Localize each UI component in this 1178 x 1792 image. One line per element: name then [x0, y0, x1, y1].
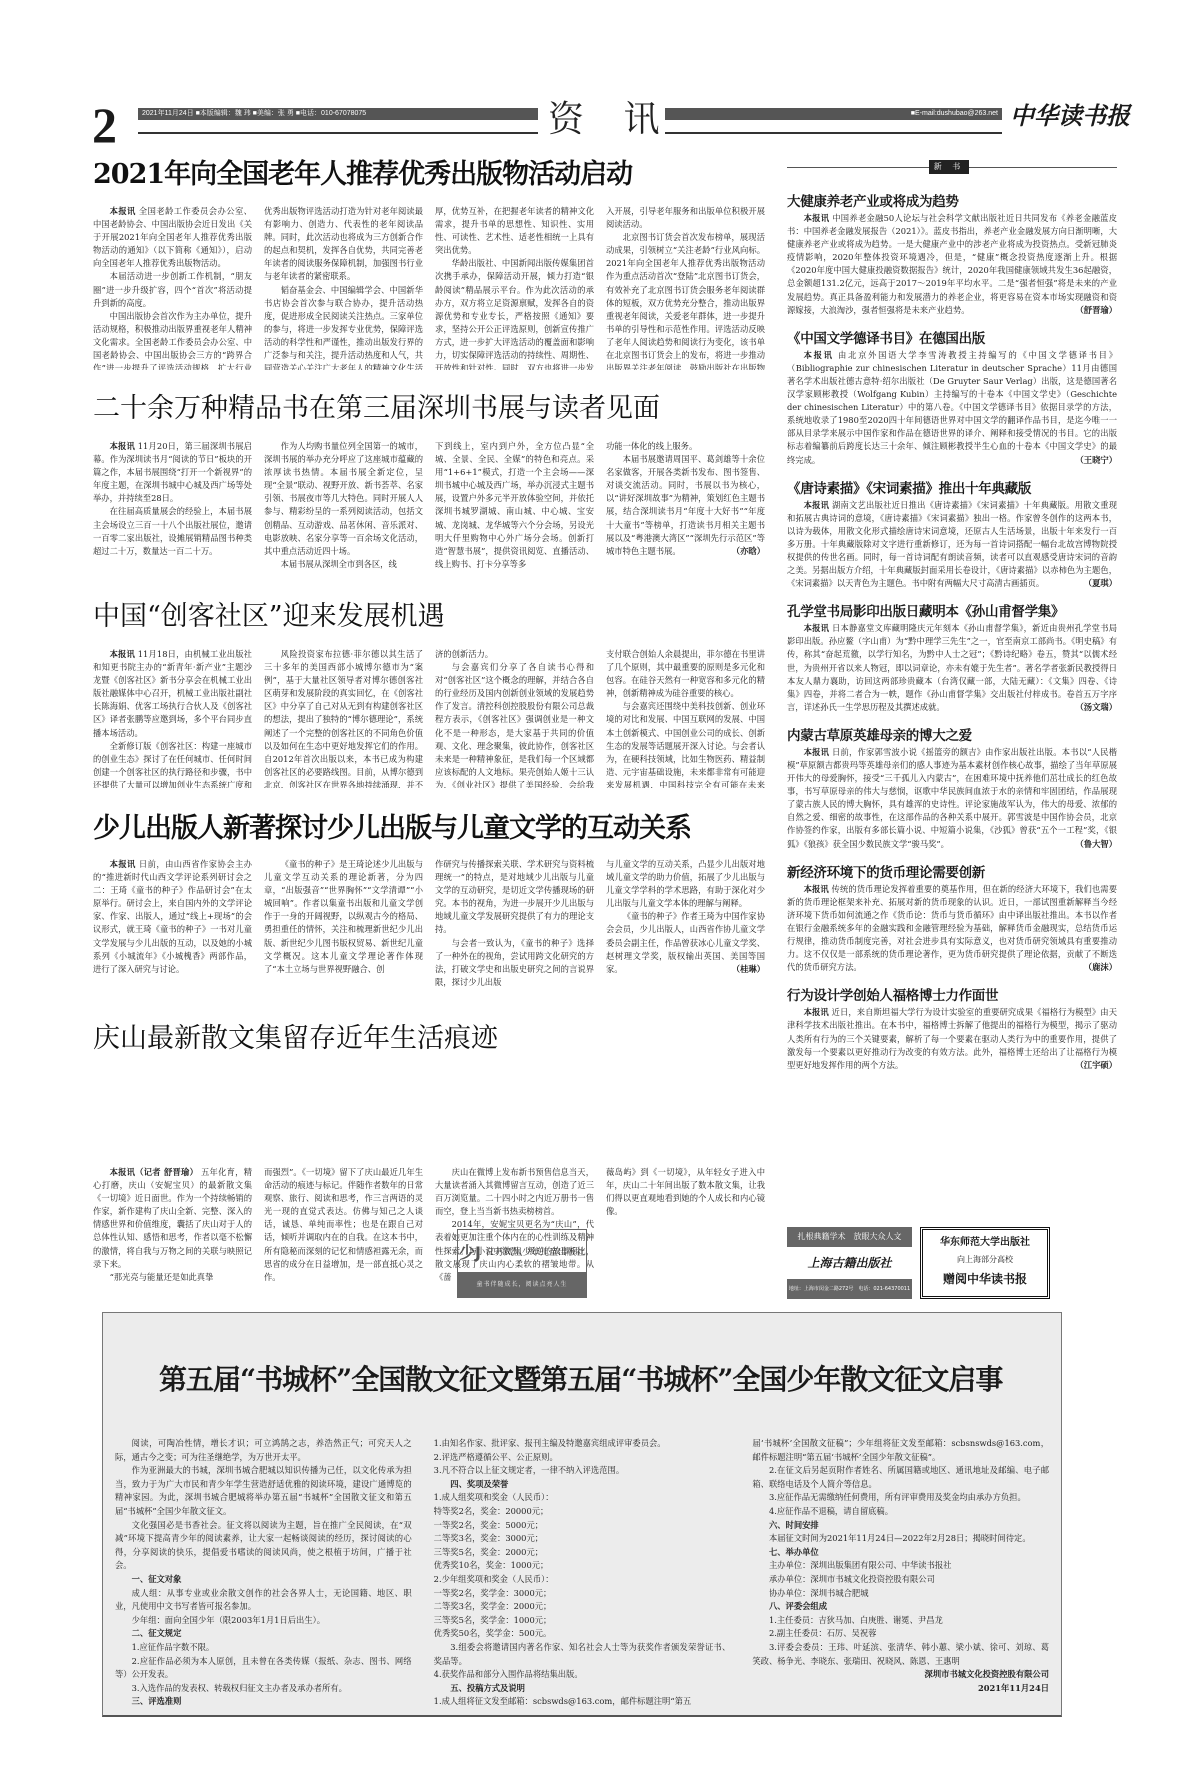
article-column: 风险投资家布拉德·菲尔德以其生活了三十多年的美国西部小城博尔德市为“案例”，基于…	[264, 648, 423, 788]
new-book-item: 新经济环境下的货币理论需要创新本报讯 传统的货币理论发挥着重要的奠基作用，但在新…	[787, 861, 1117, 975]
paragraph: 优秀出版物评选活动打造为针对老年阅读最有影响力、创造力、代表性的老年阅读品牌。同…	[264, 205, 423, 284]
paragraph: 2.副主任委员：石厉、吴祝蓉	[752, 1627, 1049, 1641]
masthead-rule-left	[138, 132, 538, 134]
paragraph: 4.应征作品不退稿，请自留底稿。	[752, 1505, 1049, 1519]
paragraph-text: 日本静嘉堂文库藏明隆庆元年刻本《孙山甫督学集》，新近由贵州孔学堂书局影印出版。孙…	[787, 623, 1117, 712]
paragraph-text: 4.应征作品不退稿，请自留底稿。	[769, 1506, 893, 1516]
paragraph-text: 二等奖3名，奖学金：2000元；	[434, 1601, 552, 1611]
notice-column: 阅读，可陶冶性情，增长才识；可立鸿鹄之志，养浩然正气；可究天人之际，通古今之变；…	[115, 1437, 412, 1709]
new-book-title: 行为设计学创始人福格博士力作面世	[787, 984, 1117, 1004]
paragraph-text: 一等奖2名，奖学金：3000元；	[434, 1588, 552, 1598]
paragraph: 本届书展从深圳全市到各区，线	[264, 558, 423, 571]
paragraph-text: 功能一体化的线上服务。	[606, 441, 697, 451]
paragraph-text: 11月18日，由机械工业出版社和知更书院主办的“新青年·新产业”主题沙龙暨《创客…	[93, 649, 252, 738]
paragraph-text: 2.在征文后另起页附作者姓名、所属国籍或地区、通讯地址及邮编、电子邮箱、联络电话…	[752, 1465, 1049, 1489]
section-heading: 七、举办单位	[752, 1546, 1049, 1560]
section-heading: 五、投稿方式及说明	[434, 1682, 731, 1696]
new-book-item: 《中国文学德译书目》在德国出版本报讯 由北京外国语大学李雪涛教授主持编写的《中国…	[787, 327, 1117, 467]
article-column: 本报讯 全国老龄工作委员会办公室、中国老龄协会、中国出版协会近日发出《关于开展2…	[93, 205, 252, 370]
paragraph: 庆山在微博上发布新书预售信息当天，大量读者涌入其微博留言互动，创造了近三百万浏览…	[435, 1166, 594, 1218]
lead-label: 本报讯	[110, 859, 136, 869]
paragraph: 协办单位：深圳书城合肥城	[752, 1587, 1049, 1601]
new-book-item: 内蒙古草原英雄母亲的博大之爱本报讯 日前，作家郭雪波小说《摇篮旁的额吉》由作家出…	[787, 724, 1117, 851]
paragraph-text: 承办单位：深圳市书城文化投资控股有限公司	[769, 1574, 935, 1584]
paragraph-text: 庆山在微博上发布新书预售信息当天，大量读者涌入其微博留言互动，创造了近三百万浏览…	[435, 1167, 594, 1216]
article-body: 本报讯 日前，由山西省作家协会主办的“推进新时代山西文学评论系列研讨会之二：王琦…	[93, 858, 765, 998]
lead-label: 本报讯	[804, 213, 830, 223]
paragraph-text: 三等奖5名，奖金：2000元；	[434, 1547, 543, 1557]
publisher-logo-icon: 少J	[459, 1240, 481, 1263]
paragraph-text: 协办单位：深圳书城合肥城	[769, 1588, 869, 1598]
paragraph: 《童书的种子》是王琦论述少儿出版与儿童文学互动关系的理论新著，分为四章，“出版强…	[264, 858, 423, 976]
article-title: 庆山最新散文集留存近年生活痕迹	[93, 1016, 498, 1055]
paragraph-text: 优秀出版物评选活动打造为针对老年阅读最有影响力、创造力、代表性的老年阅读品牌。同…	[264, 206, 423, 281]
section-heading: 三、评选准则	[115, 1695, 412, 1709]
article-column: 厚，优势互补，在把握老年读者的精神文化需求，提升书单的思想性、知识性、实用性、可…	[435, 205, 594, 370]
paragraph: 三等奖5名，奖学金：1000元；	[434, 1614, 731, 1628]
paragraph: 《童书的种子》作者王琦为中国作家协会会员，少儿出版人，山西省作协儿童文学委员会副…	[606, 910, 765, 975]
byline: （亦晗）	[715, 545, 765, 558]
paragraph-text: 2.应征作品必须为本人原创，且未曾在各类传媒（报纸、杂志、图书、网络等）公开发表…	[115, 1656, 412, 1680]
ad-jiangsu-name: 江苏凤凰少年儿童出版社	[486, 1245, 585, 1258]
paragraph-text: 七、举办单位	[769, 1547, 819, 1557]
paragraph: 文化强国必是书香社会。征文将以阅读为主题，旨在推广全民阅读，在“双减”环境下提高…	[115, 1519, 412, 1573]
article-column: 《童书的种子》是王琦论述少儿出版与儿童文学互动关系的理论新著，分为四章，“出版强…	[264, 858, 423, 998]
paragraph: 入开展，引导老年服务和出版单位积极开展阅读活动。	[606, 205, 765, 231]
paragraph: 二等奖3名，奖学金：2000元；	[434, 1600, 731, 1614]
article-column: 作为人均购书量位列全国第一的城市，深圳书展的举办充分呼应了这座城市蕴藏的浓厚读书…	[264, 440, 423, 578]
ad-shanghai-name: 上海古籍出版社	[787, 1247, 912, 1279]
article-column: 下到线上，室内到户外，全方位凸显“全城、全景、全民、全媒”的特色和亮点。采用“1…	[435, 440, 594, 578]
paragraph: 2.少年组奖项和奖金（人民币）：	[434, 1573, 731, 1587]
paragraph: 中国出版协会首次作为主办单位，提升活动规格，积极推动出版界重视老年人精神文化需求…	[93, 310, 252, 370]
paragraph-text: 与会者一致认为，《童书的种子》选择了一种外在的视角，尝试用跨文化研究的方法，打破…	[435, 938, 594, 987]
article-body: 本报讯 11月20日，第三届深圳书展启幕。作为深圳读书月“阅读的节日”板块的开篇…	[93, 440, 765, 578]
article-title: 二十余万种精品书在第三届深圳书展与读者见面	[93, 386, 660, 425]
paragraph-text: 3.应征作品无需缴纳任何费用，所有评审费用及奖金均由承办方负担。	[769, 1492, 1026, 1502]
paragraph-text: 届‘书城杯’全国散文征稿”；少年组将征文发至邮箱：scbsnswds@163.c…	[752, 1438, 1049, 1462]
paragraph-text: 本届征文时间为2021年11月24日—2022年2月28日；揭晓时间待定。	[769, 1533, 1031, 1543]
paragraph-text: 1.主任委员：吉狄马加、白庚胜、谢冕、尹昌龙	[769, 1615, 943, 1625]
paragraph: 本报讯 日前，作家郭雪波小说《摇篮旁的额吉》由作家出版社出版。本书以“人民楷模”…	[787, 746, 1117, 851]
paragraph-text: 3.凡不符合以上征文规定者，一律不纳入评选范围。	[434, 1465, 624, 1475]
paragraph: 1.应征作品字数不限。	[115, 1641, 412, 1655]
paragraph: 主办单位：深圳出版集团有限公司、中华读书报社	[752, 1559, 1049, 1573]
article-column: 入开展，引导老年服务和出版单位积极开展阅读活动。北京图书订货会首次发布榜单，展现…	[606, 205, 765, 370]
paragraph-text: 八、评委会组成	[769, 1601, 827, 1611]
paragraph-text: 中国出版协会首次作为主办单位，提升活动规格，积极推动出版界重视老年人精神文化需求…	[93, 311, 252, 370]
notice-signature: 深圳市书城文化投资控股有限公司	[752, 1668, 1049, 1682]
paragraph-text: 特等奖2名，奖金：20000元；	[434, 1506, 549, 1516]
paragraph: 2.评选严格遵循公平、公正原则。	[434, 1451, 731, 1465]
ad-ecnu-sub: 向上海部分高校	[923, 1252, 1047, 1268]
lead-label: 本报讯	[804, 500, 830, 510]
paragraph-text: 与会嘉宾还围绕中美科技创新、创业环境的对比和发展、中国互联网的发展、中国本土创新…	[606, 701, 765, 788]
notice-column: 1.由知名作家、批评家、报刊主编及特邀嘉宾组成评审委员会。2.评选严格遵循公平、…	[434, 1437, 731, 1709]
paragraph: 一等奖2名，奖学金：3000元；	[434, 1587, 731, 1601]
paragraph: 本报讯 11月18日，由机械工业出版社和知更书院主办的“新青年·新产业”主题沙龙…	[93, 648, 252, 740]
paragraph-text: 三等奖5名，奖学金：1000元；	[434, 1615, 552, 1625]
paragraph: 而强烈”。《一切境》留下了庆山最近几年生命活动的痕迹与标记。伴随作者数年的日常观…	[264, 1166, 423, 1284]
lead-label: 本报讯	[110, 206, 136, 216]
lead-label: 本报讯	[804, 884, 829, 894]
paragraph: 4.获奖作品和部分入围作品将结集出版。	[434, 1668, 731, 1682]
paragraph: “那光亮与能量还是如此真挚	[93, 1271, 252, 1284]
paragraph-text: 作为人均购书量位列全国第一的城市，深圳书展的举办充分呼应了这座城市蕴藏的浓厚读书…	[264, 441, 423, 556]
section-heading: 四、奖项及荣誉	[434, 1478, 731, 1492]
article-column: 薇岛屿》到《一切境》，从年轻女子进入中年，庆山二十年间出版了数本散文集，让我们得…	[606, 1166, 765, 1311]
section-heading: 一、征文对象	[115, 1573, 412, 1587]
paragraph-text: 作研究与传播探索关联、学术研究与资料梳理统一”的特点，是对地域少儿出版与儿童文学…	[435, 859, 594, 934]
paragraph: 本届征文时间为2021年11月24日—2022年2月28日；揭晓时间待定。	[752, 1532, 1049, 1546]
paragraph-text: 中国养老金融50人论坛与社会科学文献出版社近日共同发布《养老金融蓝皮书：中国养老…	[787, 213, 1117, 315]
notice-title: 第五届“书城杯”全国散文征文暨第五届“书城杯”全国少年散文征文启事	[159, 1358, 1002, 1398]
lead-label: 本报讯	[804, 1007, 829, 1017]
paragraph-text: “那光亮与能量还是如此真挚	[110, 1272, 214, 1282]
lead-label: 本报讯	[110, 649, 135, 659]
paragraph: 作研究与传播探索关联、学术研究与资料梳理统一”的特点，是对地域少儿出版与儿童文学…	[435, 858, 594, 937]
paragraph: 1.成人组奖项和奖金（人民币）：	[434, 1491, 731, 1505]
paragraph: 成人组：从事专业或业余散文创作的社会各界人士，无论国籍、地区、职业，凡使用中文书…	[115, 1587, 412, 1614]
paragraph: 承办单位：深圳市书城文化投资控股有限公司	[752, 1573, 1049, 1587]
paragraph-text: 北京图书订货会首次发布榜单，展现活动成果，引领树立“关注老龄”行业风向标。202…	[606, 232, 765, 370]
paragraph: 二等奖3名，奖金：3000元；	[434, 1532, 731, 1546]
paragraph-text: 风险投资家布拉德·菲尔德以其生活了三十多年的美国西部小城博尔德市为“案例”，基于…	[264, 649, 423, 788]
sidebar-tag: 新 书	[929, 160, 969, 174]
paragraph: 本报讯 11月20日，第三届深圳书展启幕。作为深圳读书月“阅读的节日”板块的开篇…	[93, 440, 252, 505]
article-column: 功能一体化的线上服务。本届书展邀请周国平、葛剑雄等十余位名家做客，开展各类新书发…	[606, 440, 765, 578]
ad-jiangsu-slogan: 童书伴随成长，阅读点亮人生	[458, 1272, 586, 1298]
article-column: 支付联合创始人余晨提出，菲尔德在书里讲了几个原则，其中最重要的原则是多元化和包容…	[606, 648, 765, 788]
byline: （舒晋瑜）	[1059, 304, 1117, 317]
paragraph: 本届活动进一步创新工作机制，“朋友圈”进一步升级扩容，四个“首次”将活动提升到新…	[93, 270, 252, 309]
paragraph: 1.成人组将征文发至邮箱：scbswds@163.com，邮件标题注明“第五	[434, 1695, 731, 1709]
paragraph: 本报讯 由北京外国语大学李雪涛教授主持编写的《中国文学德译书目》（Bibliog…	[787, 349, 1117, 467]
paragraph: 3.入选作品的发表权、转载权归征文主办者及承办者所有。	[115, 1682, 412, 1696]
article-column: 本报讯 11月20日，第三届深圳书展启幕。作为深圳读书月“阅读的节日”板块的开篇…	[93, 440, 252, 578]
paragraph: 少年组：面向全国少年（限2003年1月1日后出生）。	[115, 1614, 412, 1628]
ad-shanghai-slogan: 扎根典籍学术 放眼大众人文	[787, 1227, 912, 1247]
article-body: 本报讯 11月18日，由机械工业出版社和知更书院主办的“新青年·新产业”主题沙龙…	[93, 648, 765, 788]
byline: （鲁大智）	[1059, 838, 1117, 851]
paragraph: 三等奖5名，奖金：2000元；	[434, 1546, 731, 1560]
paragraph-text: 4.获奖作品和部分入围作品将结集出版。	[434, 1669, 583, 1679]
section-heading: 六、时间安排	[752, 1519, 1049, 1533]
paragraph-text: 济的创新活力。	[435, 649, 493, 659]
article-body: 本报讯（记者 舒晋瑜） 五年化育，精心打磨，庆山（安妮宝贝）的最新散文集《一切境…	[93, 1166, 765, 1311]
notice-column: 届‘书城杯’全国散文征稿”；少年组将征文发至邮箱：scbsnswds@163.c…	[752, 1437, 1049, 1709]
paragraph: 全新修订版《创客社区：构建一座城市的创业生态》探讨了在任何城市、任何时间创建一个…	[93, 740, 252, 788]
lead-label: 本报讯	[804, 350, 834, 360]
section-title: 资 讯	[548, 96, 673, 144]
paragraph: 本报讯 近日，来自斯坦福大学行为设计实验室的重要研究成果《福格行为模型》由天津科…	[787, 1006, 1117, 1071]
paragraph-text: 厚，优势互补，在把握老年读者的精神文化需求，提升书单的思想性、知识性、实用性、可…	[435, 206, 594, 255]
byline: （鹿沫）	[1067, 961, 1117, 974]
paragraph: 济的创新活力。	[435, 648, 594, 661]
ad-ecnu-gift: 赠阅中华读书报	[923, 1268, 1047, 1290]
new-book-title: 孔学堂书局影印出版日藏明本《孙山甫督学集》	[787, 600, 1117, 620]
article-body: 本报讯 全国老龄工作委员会办公室、中国老龄协会、中国出版协会近日发出《关于开展2…	[93, 205, 765, 370]
new-book-title: 新经济环境下的货币理论需要创新	[787, 861, 1117, 881]
paragraph: 本报讯 湖南文艺出版社近日推出《唐诗素描》《宋词素描》十年典藏版。用散文重现和拓…	[787, 499, 1117, 591]
article-column: 而强烈”。《一切境》留下了庆山最近几年生命活动的痕迹与标记。伴随作者数年的日常观…	[264, 1166, 423, 1311]
paragraph: 本报讯（记者 舒晋瑜） 五年化育，精心打磨，庆山（安妮宝贝）的最新散文集《一切境…	[93, 1166, 252, 1271]
paragraph: 本报讯 全国老龄工作委员会办公室、中国老龄协会、中国出版协会近日发出《关于开展2…	[93, 205, 252, 270]
paragraph-text: 日前，作家郭雪波小说《摇篮旁的额吉》由作家出版社出版。本书以“人民楷模”草原额吉…	[787, 747, 1117, 849]
article-title: 2021年向全国老年人推荐优秀出版物活动启动	[93, 152, 632, 191]
paragraph-text: 日前，由山西省作家协会主办的“推进新时代山西文学评论系列研讨会之二：王琦《童书的…	[93, 859, 252, 974]
byline: （汤文瑞）	[1059, 701, 1117, 714]
new-book-item: 大健康养老产业或将成为趋势本报讯 中国养老金融50人论坛与社会科学文献出版社近日…	[787, 190, 1117, 317]
page-number: 2	[92, 100, 117, 150]
lead-label: 本报讯	[804, 747, 830, 757]
article-column: 本报讯 11月18日，由机械工业出版社和知更书院主办的“新青年·新产业”主题沙龙…	[93, 648, 252, 788]
paragraph-text: 优秀奖50名，奖学金：500元。	[434, 1628, 552, 1638]
essay-contest-notice: 第五届“书城杯”全国散文征文暨第五届“书城杯”全国少年散文征文启事 阅读，可陶冶…	[102, 1312, 1062, 1717]
paragraph-text: 二、征文规定	[132, 1628, 182, 1638]
paragraph-text: 1.由知名作家、批评家、报刊主编及特邀嘉宾组成评审委员会。	[434, 1438, 666, 1448]
paragraph-text: 下到线上，室内到户外，全方位凸显“全城、全景、全民、全媒”的特色和亮点。采用“1…	[435, 441, 594, 569]
ad-shanghai-guji[interactable]: 扎根典籍学术 放眼大众人文 上海古籍出版社 地址：上海市闵金二路272号 电话：…	[787, 1227, 912, 1299]
paragraph: 风险投资家布拉德·菲尔德以其生活了三十多年的美国西部小城博尔德市为“案例”，基于…	[264, 648, 423, 788]
paragraph-text: 支付联合创始人余晨提出，菲尔德在书里讲了几个原则，其中最重要的原则是多元化和包容…	[606, 649, 765, 698]
paragraph-text: 五、投稿方式及说明	[450, 1683, 525, 1693]
paragraph: 优秀奖50名，奖学金：500元。	[434, 1627, 731, 1641]
paragraph-text: 全新修订版《创客社区：构建一座城市的创业生态》探讨了在任何城市、任何时间创建一个…	[93, 741, 252, 788]
lead-label: 本报讯	[804, 623, 830, 633]
paragraph: 一等奖2名，奖金：5000元；	[434, 1519, 731, 1533]
paragraph-text: 2.少年组奖项和奖金（人民币）：	[434, 1574, 554, 1584]
byline: （夏琪）	[1067, 577, 1117, 590]
article-column: 本报讯 日前，由山西省作家协会主办的“推进新时代山西文学评论系列研讨会之二：王琦…	[93, 858, 252, 998]
paragraph: 华龄出版社、中国新闻出版传媒集团首次携手承办，保障活动开展，倾力打造“银龄阅读”…	[435, 257, 594, 370]
paragraph: 1.由知名作家、批评家、报刊主编及特邀嘉宾组成评审委员会。	[434, 1437, 731, 1451]
paragraph-text: 1.应征作品字数不限。	[132, 1642, 215, 1652]
paragraph: 特等奖2名，奖金：20000元；	[434, 1505, 731, 1519]
paragraph: 与儿童文学的互动关系，凸显少儿出版对地域儿童文学的助力价值，拓展了少儿出版与儿童…	[606, 858, 765, 910]
article-title: 少儿出版人新著探讨少儿出版与儿童文学的互动关系	[93, 806, 691, 845]
paragraph-text: 薇岛屿》到《一切境》，从年轻女子进入中年，庆山二十年间出版了数本散文集，让我们得…	[606, 1167, 765, 1216]
paragraph-text: 湖南文艺出版社近日推出《唐诗素描》《宋词素描》十年典藏版。用散文重现和拓展古典诗…	[787, 500, 1117, 589]
paragraph: 作为亚洲最大的书城，深圳书城合肥城以知识传播为己任，以文化传承为担当，致力于为广…	[115, 1464, 412, 1518]
paragraph: 厚，优势互补，在把握老年读者的精神文化需求，提升书单的思想性、知识性、实用性、可…	[435, 205, 594, 257]
new-book-title: 《唐诗素描》《宋词素描》推出十年典藏版	[787, 477, 1117, 497]
paragraph-text: 由北京外国语大学李雪涛教授主持编写的《中国文学德译书目》（Bibliograph…	[787, 350, 1117, 465]
lead-label: 本报讯	[110, 441, 135, 451]
ad-jiangsu-publisher[interactable]: 少J 江苏凤凰少年儿童出版社 童书伴随成长，阅读点亮人生	[457, 1229, 587, 1298]
paragraph-text: 3.组委会将邀请国内著名作家、知名社会人士等为获奖作者颁发荣誉证书、奖品等。	[434, 1642, 731, 1666]
paragraph-text: 作为亚洲最大的书城，深圳书城合肥城以知识传播为己任，以文化传承为担当，致力于为广…	[115, 1465, 412, 1516]
paragraph: 功能一体化的线上服务。	[606, 440, 765, 453]
paragraph: 支付联合创始人余晨提出，菲尔德在书里讲了几个原则，其中最重要的原则是多元化和包容…	[606, 648, 765, 700]
paragraph: 薇岛屿》到《一切境》，从年轻女子进入中年，庆山二十年间出版了数本散文集，让我们得…	[606, 1166, 765, 1218]
paragraph-text: 韬奋基金会、中国编辑学会、中国新华书店协会首次参与联合协办，提升活动热度，促进形…	[264, 285, 423, 370]
article-column: 与儿童文学的互动关系，凸显少儿出版对地域儿童文学的助力价值，拓展了少儿出版与儿童…	[606, 858, 765, 998]
paragraph-text: 二等奖3名，奖金：3000元；	[434, 1533, 543, 1543]
new-book-title: 内蒙古草原英雄母亲的博大之爱	[787, 724, 1117, 744]
paragraph: 3.凡不符合以上征文规定者，一律不纳入评选范围。	[434, 1464, 731, 1478]
paragraph: 北京图书订货会首次发布榜单，展现活动成果，引领树立“关注老龄”行业风向标。202…	[606, 231, 765, 370]
notice-date: 2021年11月24日	[752, 1682, 1049, 1696]
paragraph-text: 本届书展从深圳全市到各区，线	[281, 559, 397, 569]
article-title: 中国“创客社区”迎来发展机遇	[93, 594, 445, 633]
ad-ecnu-press[interactable]: 华东师范大学出版社 向上海部分高校 赠阅中华读书报	[920, 1227, 1050, 1299]
masthead-info: 2021年11月24日 ■本版编辑：魏 玮 ■美编：张 勇 ■电话：010-67…	[138, 108, 538, 120]
section-heading: 二、征文规定	[115, 1627, 412, 1641]
article-column: 作研究与传播探索关联、学术研究与资料梳理统一”的特点，是对地域少儿出版与儿童文学…	[435, 858, 594, 998]
paragraph-text: 文化强国必是书香社会。征文将以阅读为主题，旨在推广全民阅读，在“双减”环境下提高…	[115, 1520, 412, 1571]
paragraph-text: 三、评选准则	[132, 1696, 182, 1706]
paragraph-text: 2.评选严格遵循公平、公正原则。	[434, 1452, 558, 1462]
byline: （桂琳）	[715, 963, 765, 976]
paragraph: 届‘书城杯’全国散文征稿”；少年组将征文发至邮箱：scbsnswds@163.c…	[752, 1437, 1049, 1464]
article-column: 本报讯（记者 舒晋瑜） 五年化育，精心打磨，庆山（安妮宝贝）的最新散文集《一切境…	[93, 1166, 252, 1311]
ad-ecnu-name: 华东师范大学出版社	[923, 1234, 1047, 1252]
paragraph-text: 华龄出版社、中国新闻出版传媒集团首次携手承办，保障活动开展，倾力打造“银龄阅读”…	[435, 258, 594, 370]
paragraph: 2.应征作品必须为本人原创，且未曾在各类传媒（报纸、杂志、图书、网络等）公开发表…	[115, 1655, 412, 1682]
paragraph: 本报讯 日前，由山西省作家协会主办的“推进新时代山西文学评论系列研讨会之二：王琦…	[93, 858, 252, 976]
masthead-rule-right	[665, 132, 1002, 134]
ad-shanghai-address: 地址：上海市闵金二路272号 电话：021-64370011	[787, 1279, 912, 1299]
paragraph-text: 在往届高质量展会的经验上，本届书展主会场设立三百一十八个出版社展位，邀请一百零二…	[93, 506, 252, 555]
paragraph: 在往届高质量展会的经验上，本届书展主会场设立三百一十八个出版社展位，邀请一百零二…	[93, 505, 252, 557]
paragraph-text: 五年化育，精心打磨，庆山（安妮宝贝）的最新散文集《一切境》近日面世。作为一个持续…	[93, 1167, 252, 1269]
notice-body: 阅读，可陶冶性情，增长才识；可立鸿鹄之志，养浩然正气；可究天人之际，通古今之变；…	[115, 1437, 1049, 1709]
paragraph-text: 一、征文对象	[132, 1574, 182, 1584]
new-books-sidebar: 大健康养老产业或将成为趋势本报讯 中国养老金融50人论坛与社会科学文献出版社近日…	[787, 180, 1117, 1072]
paragraph: 3.组委会将邀请国内著名作家、知名社会人士等为获奖作者颁发荣誉证书、奖品等。	[434, 1641, 731, 1668]
paragraph-text: 一等奖2名，奖金：5000元；	[434, 1520, 543, 1530]
paragraph-text: 2.副主任委员：石厉、吴祝蓉	[769, 1628, 876, 1638]
paragraph-text: 阅读，可陶冶性情，增长才识；可立鸿鹄之志，养浩然正气；可究天人之际，通古今之变；…	[115, 1438, 412, 1462]
ad-jiangsu-top: 少J 江苏凤凰少年儿童出版社	[458, 1230, 586, 1272]
new-book-item: 行为设计学创始人福格博士力作面世本报讯 近日，来自斯坦福大学行为设计实验室的重要…	[787, 984, 1117, 1071]
section-heading: 八、评委会组成	[752, 1600, 1049, 1614]
newspaper-brand: 中华读书报	[1010, 100, 1130, 132]
new-book-title: 大健康养老产业或将成为趋势	[787, 190, 1117, 210]
paragraph: 与会者一致认为，《童书的种子》选择了一种外在的视角，尝试用跨文化研究的方法，打破…	[435, 937, 594, 989]
paragraph-text: 3.评委会委员：王玮、叶延滨、张清华、韩小蕙、梁小斌、徐可、刘琼、葛笑政、杨争光…	[752, 1642, 1049, 1666]
paragraph: 本报讯 中国养老金融50人论坛与社会科学文献出版社近日共同发布《养老金融蓝皮书：…	[787, 212, 1117, 317]
paragraph-text: 本届活动进一步创新工作机制，“朋友圈”进一步升级扩容，四个“首次”将活动提升到新…	[93, 271, 252, 307]
paragraph-text: 而强烈”。《一切境》留下了庆山最近几年生命活动的痕迹与标记。伴随作者数年的日常观…	[264, 1167, 423, 1282]
paragraph: 本报讯 日本静嘉堂文库藏明隆庆元年刻本《孙山甫督学集》，新近由贵州孔学堂书局影印…	[787, 622, 1117, 714]
paragraph: 优秀奖10名，奖金：1000元；	[434, 1559, 731, 1573]
paragraph: 下到线上，室内到户外，全方位凸显“全城、全景、全民、全媒”的特色和亮点。采用“1…	[435, 440, 594, 571]
paragraph-text: 四、奖项及荣誉	[450, 1479, 508, 1489]
paragraph-text: 本届书展邀请周国平、葛剑雄等十余位名家做客，开展各类新书发布、图书签售、对谈交流…	[606, 454, 765, 556]
paragraph: 韬奋基金会、中国编辑学会、中国新华书店协会首次参与联合协办，提升活动热度，促进形…	[264, 284, 423, 370]
paragraph: 3.应征作品无需缴纳任何费用，所有评审费用及奖金均由承办方负担。	[752, 1491, 1049, 1505]
paragraph: 本报讯 传统的货币理论发挥着重要的奠基作用，但在新的经济大环境下，我们也需要新的…	[787, 883, 1117, 975]
paragraph-text: 少年组：面向全国少年（限2003年1月1日后出生）。	[132, 1615, 325, 1625]
paragraph: 阅读，可陶冶性情，增长才识；可立鸿鹄之志，养浩然正气；可究天人之际，通古今之变；…	[115, 1437, 412, 1464]
paragraph: 1.主任委员：吉狄马加、白庚胜、谢冕、尹昌龙	[752, 1614, 1049, 1628]
new-book-item: 孔学堂书局影印出版日藏明本《孙山甫督学集》本报讯 日本静嘉堂文库藏明隆庆元年刻本…	[787, 600, 1117, 714]
paragraph: 与会嘉宾还围绕中美科技创新、创业环境的对比和发展、中国互联网的发展、中国本土创新…	[606, 700, 765, 788]
paragraph: 本届书展邀请周国平、葛剑雄等十余位名家做客，开展各类新书发布、图书签售、对谈交流…	[606, 453, 765, 558]
sidebar-label: 新 书	[787, 160, 1117, 174]
paragraph-text: 与儿童文学的互动关系，凸显少儿出版对地域儿童文学的助力价值，拓展了少儿出版与儿童…	[606, 859, 765, 908]
lead-label: 本报讯（记者 舒晋瑜）	[110, 1167, 199, 1177]
article-column: 优秀出版物评选活动打造为针对老年阅读最有影响力、创造力、代表性的老年阅读品牌。同…	[264, 205, 423, 370]
paragraph-text: 1.成人组将征文发至邮箱：scbswds@163.com，邮件标题注明“第五	[434, 1696, 692, 1706]
paragraph: 作为人均购书量位列全国第一的城市，深圳书展的举办充分呼应了这座城市蕴藏的浓厚读书…	[264, 440, 423, 558]
paragraph-text: 优秀奖10名，奖金：1000元；	[434, 1560, 549, 1570]
paragraph-text: 1.成人组奖项和奖金（人民币）：	[434, 1492, 554, 1502]
paragraph: 2.在征文后另起页附作者姓名、所属国籍或地区、通讯地址及邮编、电子邮箱、联络电话…	[752, 1464, 1049, 1491]
byline: （江宇硕）	[1059, 1059, 1117, 1072]
paragraph-text: 《童书的种子》是王琦论述少儿出版与儿童文学互动关系的理论新著，分为四章，“出版强…	[264, 859, 423, 974]
paragraph-text: 六、时间安排	[769, 1520, 819, 1530]
masthead-email: ■E-mail:dushubao@263.net	[665, 108, 1002, 120]
paragraph-text: 主办单位：深圳出版集团有限公司、中华读书报社	[769, 1560, 952, 1570]
new-book-title: 《中国文学德译书目》在德国出版	[787, 327, 1117, 347]
paragraph: 3.评委会委员：王玮、叶延滨、张清华、韩小蕙、梁小斌、徐可、刘琼、葛笑政、杨争光…	[752, 1641, 1049, 1668]
paragraph-text: 与会嘉宾们分享了各自读书心得和对“创客社区”这个概念的理解，并结合各自的行业经历…	[435, 662, 594, 788]
paragraph: 与会嘉宾们分享了各自读书心得和对“创客社区”这个概念的理解，并结合各自的行业经历…	[435, 661, 594, 788]
new-book-item: 《唐诗素描》《宋词素描》推出十年典藏版本报讯 湖南文艺出版社近日推出《唐诗素描》…	[787, 477, 1117, 591]
paragraph-text: 3.入选作品的发表权、转载权归征文主办者及承办者所有。	[132, 1683, 347, 1693]
article-column: 济的创新活力。与会嘉宾们分享了各自读书心得和对“创客社区”这个概念的理解，并结合…	[435, 648, 594, 788]
paragraph-text: 入开展，引导老年服务和出版单位积极开展阅读活动。	[606, 206, 765, 229]
byline: （王晓宁）	[1059, 454, 1117, 467]
paragraph-text: 传统的货币理论发挥着重要的奠基作用，但在新的经济大环境下，我们也需要新的货币理论…	[787, 884, 1117, 973]
paragraph-text: 成人组：从事专业或业余散文创作的社会各界人士，无论国籍、地区、职业，凡使用中文书…	[115, 1588, 412, 1612]
